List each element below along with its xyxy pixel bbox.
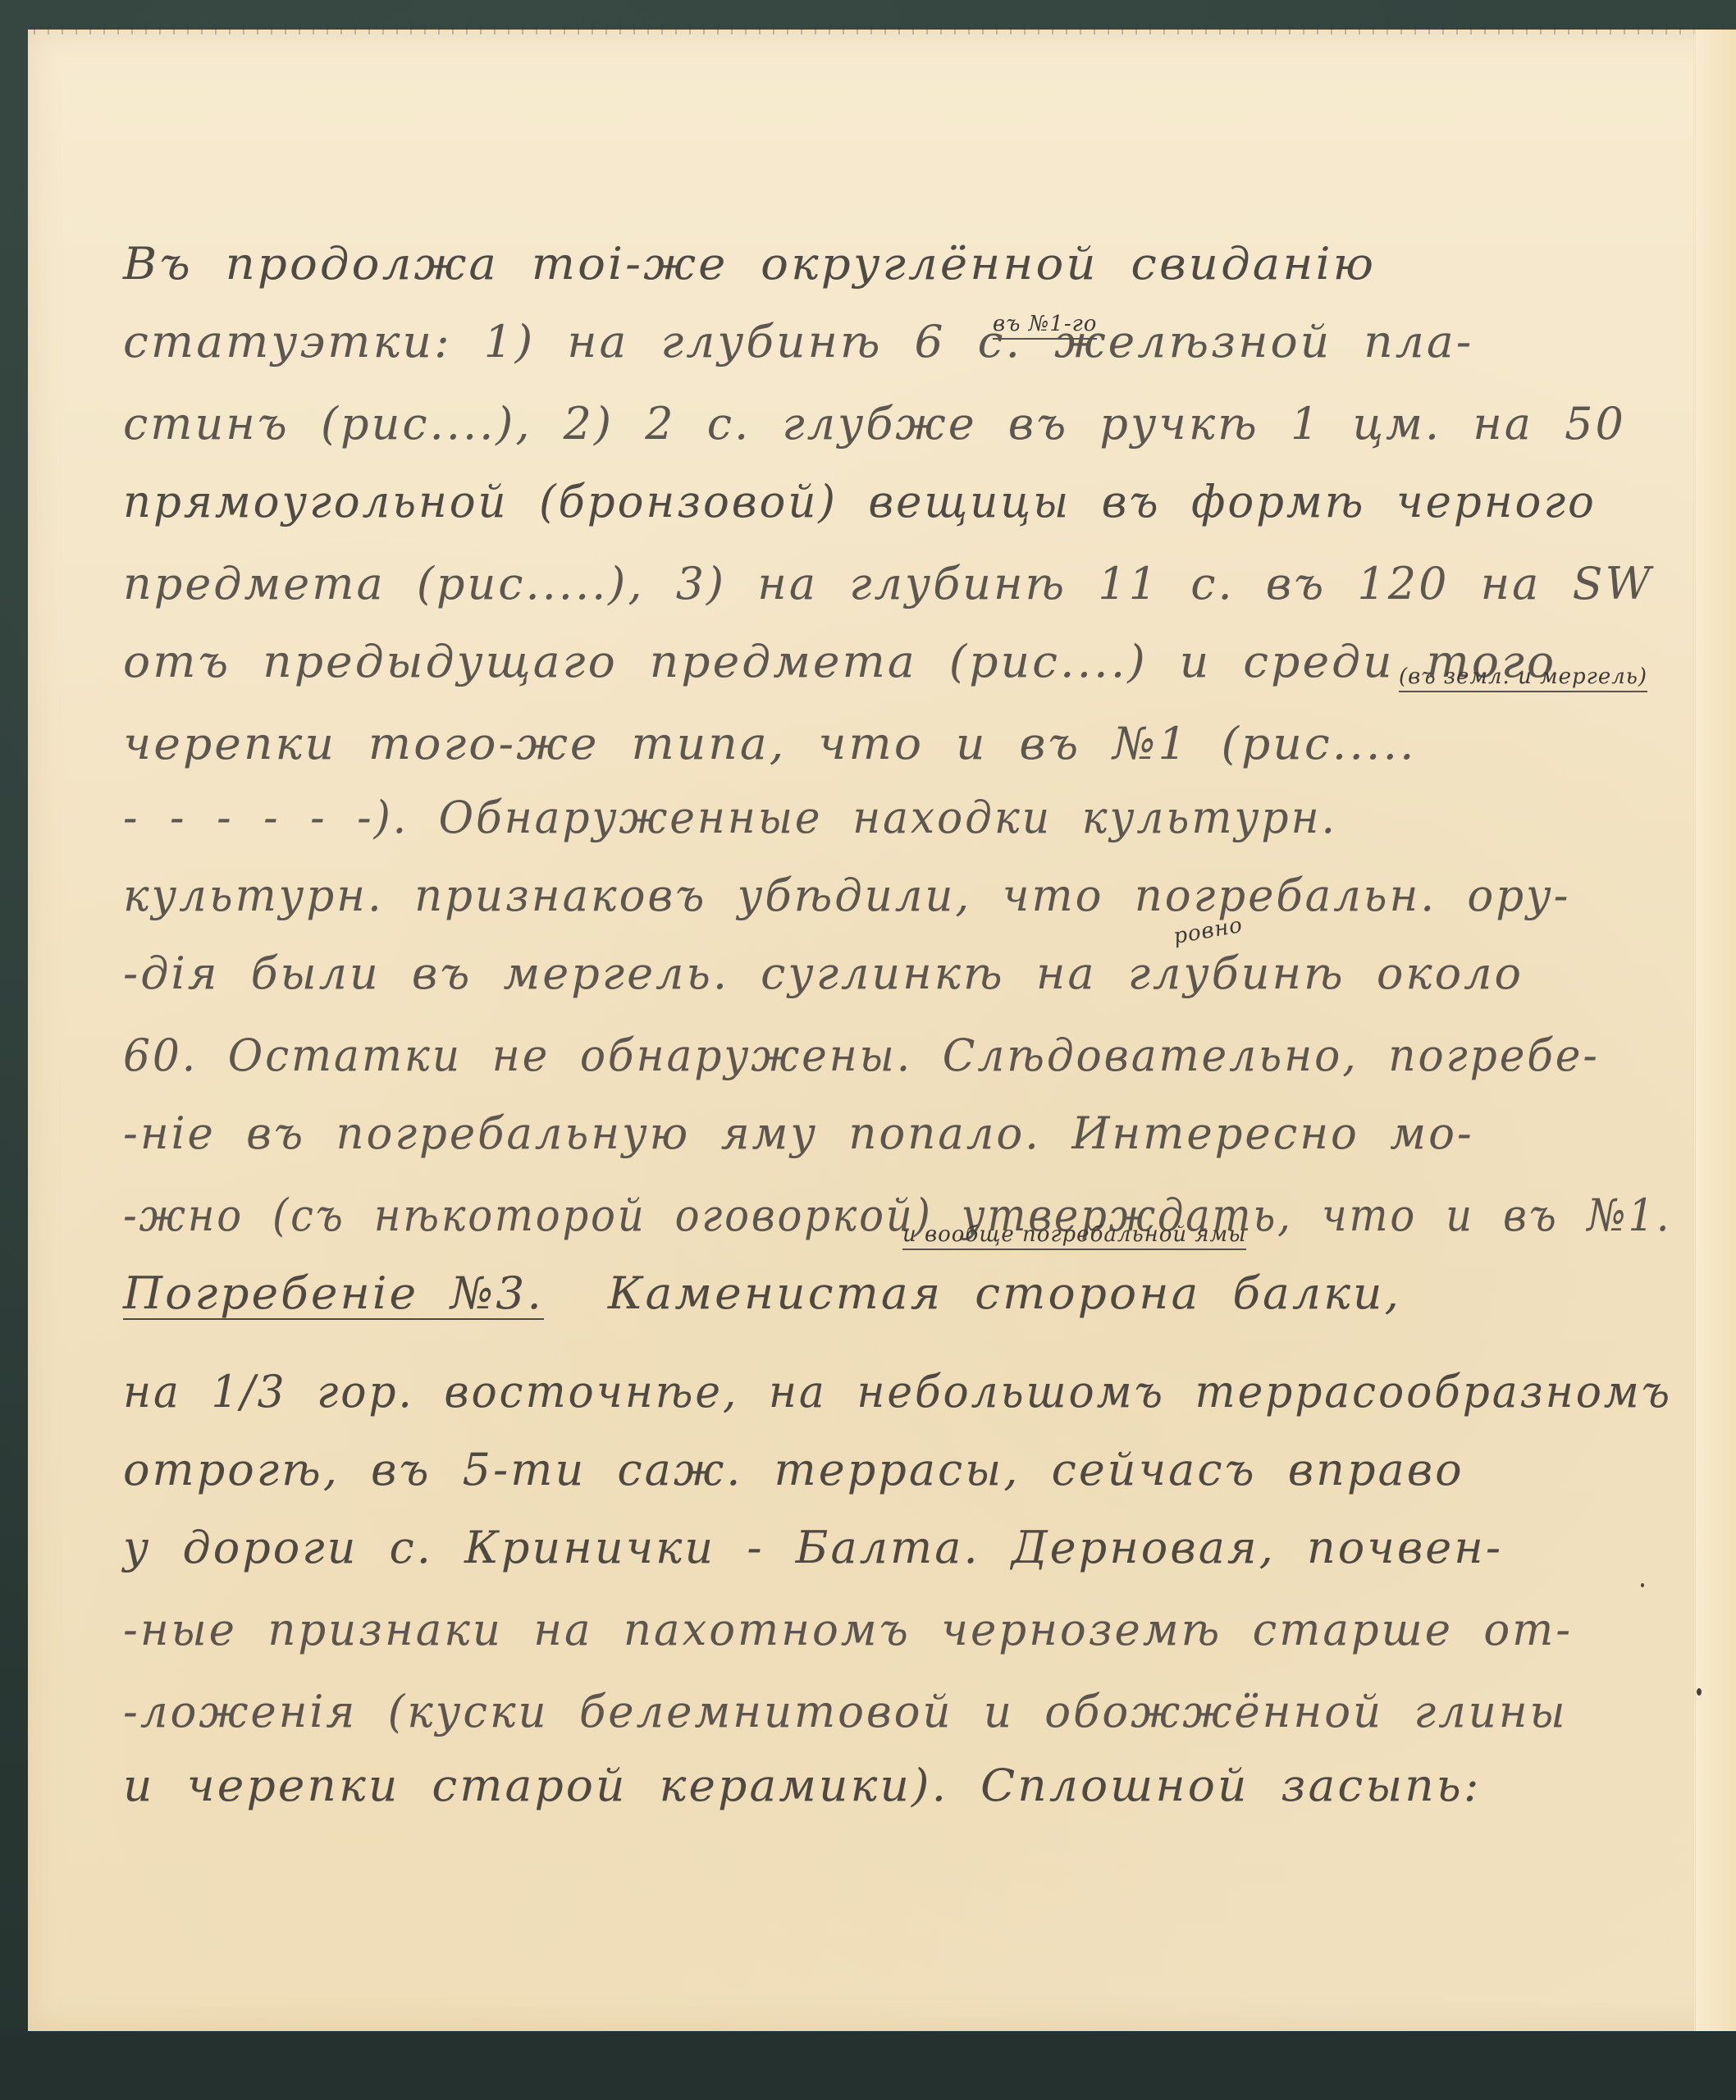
manuscript-line-19: -ложенія (куски белемнитовой и обожжённо…	[123, 1686, 1568, 1737]
bottom-backing-board	[0, 2031, 1736, 2100]
manuscript-line-20: и черепки старой керамики). Сплошной зас…	[123, 1760, 1481, 1811]
manuscript-line-14-heading: Погребеніе №3. Каменистая сторона балки,	[123, 1267, 1401, 1319]
manuscript-line-1: Въ продолжа тоі-же округлённой свиданію	[123, 238, 1376, 290]
manuscript-line-18: -ные признаки на пахотномъ черноземѣ ста…	[123, 1604, 1573, 1655]
interlinear-note-2: (въ земл. и мергель)	[1399, 664, 1647, 692]
manuscript-line-17: у дороги с. Кринички - Балта. Дерновая, …	[123, 1522, 1503, 1573]
ink-speck	[1697, 1688, 1702, 1696]
manuscript-line-16: отрогѣ, въ 5-ти саж. террасы, сейчасъ вп…	[123, 1444, 1464, 1495]
manuscript-line-12: -ніе въ погребальную яму попало. Интерес…	[123, 1107, 1474, 1159]
manuscript-line-3: стинъ (рис....), 2) 2 с. глубже въ ручкѣ…	[123, 398, 1626, 450]
manuscript-line-15: на 1/3 гор. восточнѣе, на небольшомъ тер…	[123, 1366, 1672, 1417]
manuscript-line-7: черепки того-же типа, что и въ №1 (рис..…	[123, 718, 1417, 769]
manuscript-line-9: культурн. признаковъ убѣдили, что погреб…	[123, 870, 1571, 921]
manuscript-line-4: прямоугольной (бронзовой) вещицы въ форм…	[123, 476, 1597, 527]
ink-speck	[1641, 1583, 1644, 1587]
manuscript-line-13: -жно (съ нѣкоторой оговоркой) утверждать…	[123, 1189, 1671, 1241]
heading-continuation: Каменистая сторона балки,	[576, 1267, 1401, 1319]
manuscript-line-6: отъ предыдущаго предмета (рис....) и сре…	[123, 636, 1556, 687]
manuscript-line-10: -дія были въ мергель. суглинкѣ на глубин…	[123, 947, 1524, 999]
page-fold-crease	[1693, 30, 1696, 2031]
burial-3-heading: Погребеніе №3.	[123, 1267, 544, 1319]
interlinear-note-1: въ №1-го	[993, 312, 1097, 340]
interlinear-note-4: и вообще погребальной ямы	[902, 1222, 1246, 1250]
manuscript-line-2: статуэтки: 1) на глубинѣ 6 с. желѣзной п…	[123, 316, 1473, 367]
manuscript-line-11: 60. Остатки не обнаружены. Слѣдовательно…	[123, 1029, 1600, 1081]
torn-top-edge	[28, 25, 1736, 34]
manuscript-line-8: - - - - - -). Обнаруженные находки культ…	[123, 792, 1337, 843]
adjacent-page-strip	[1696, 30, 1736, 2031]
manuscript-line-5: предмета (рис.....), 3) на глубинѣ 11 с.…	[123, 558, 1653, 609]
